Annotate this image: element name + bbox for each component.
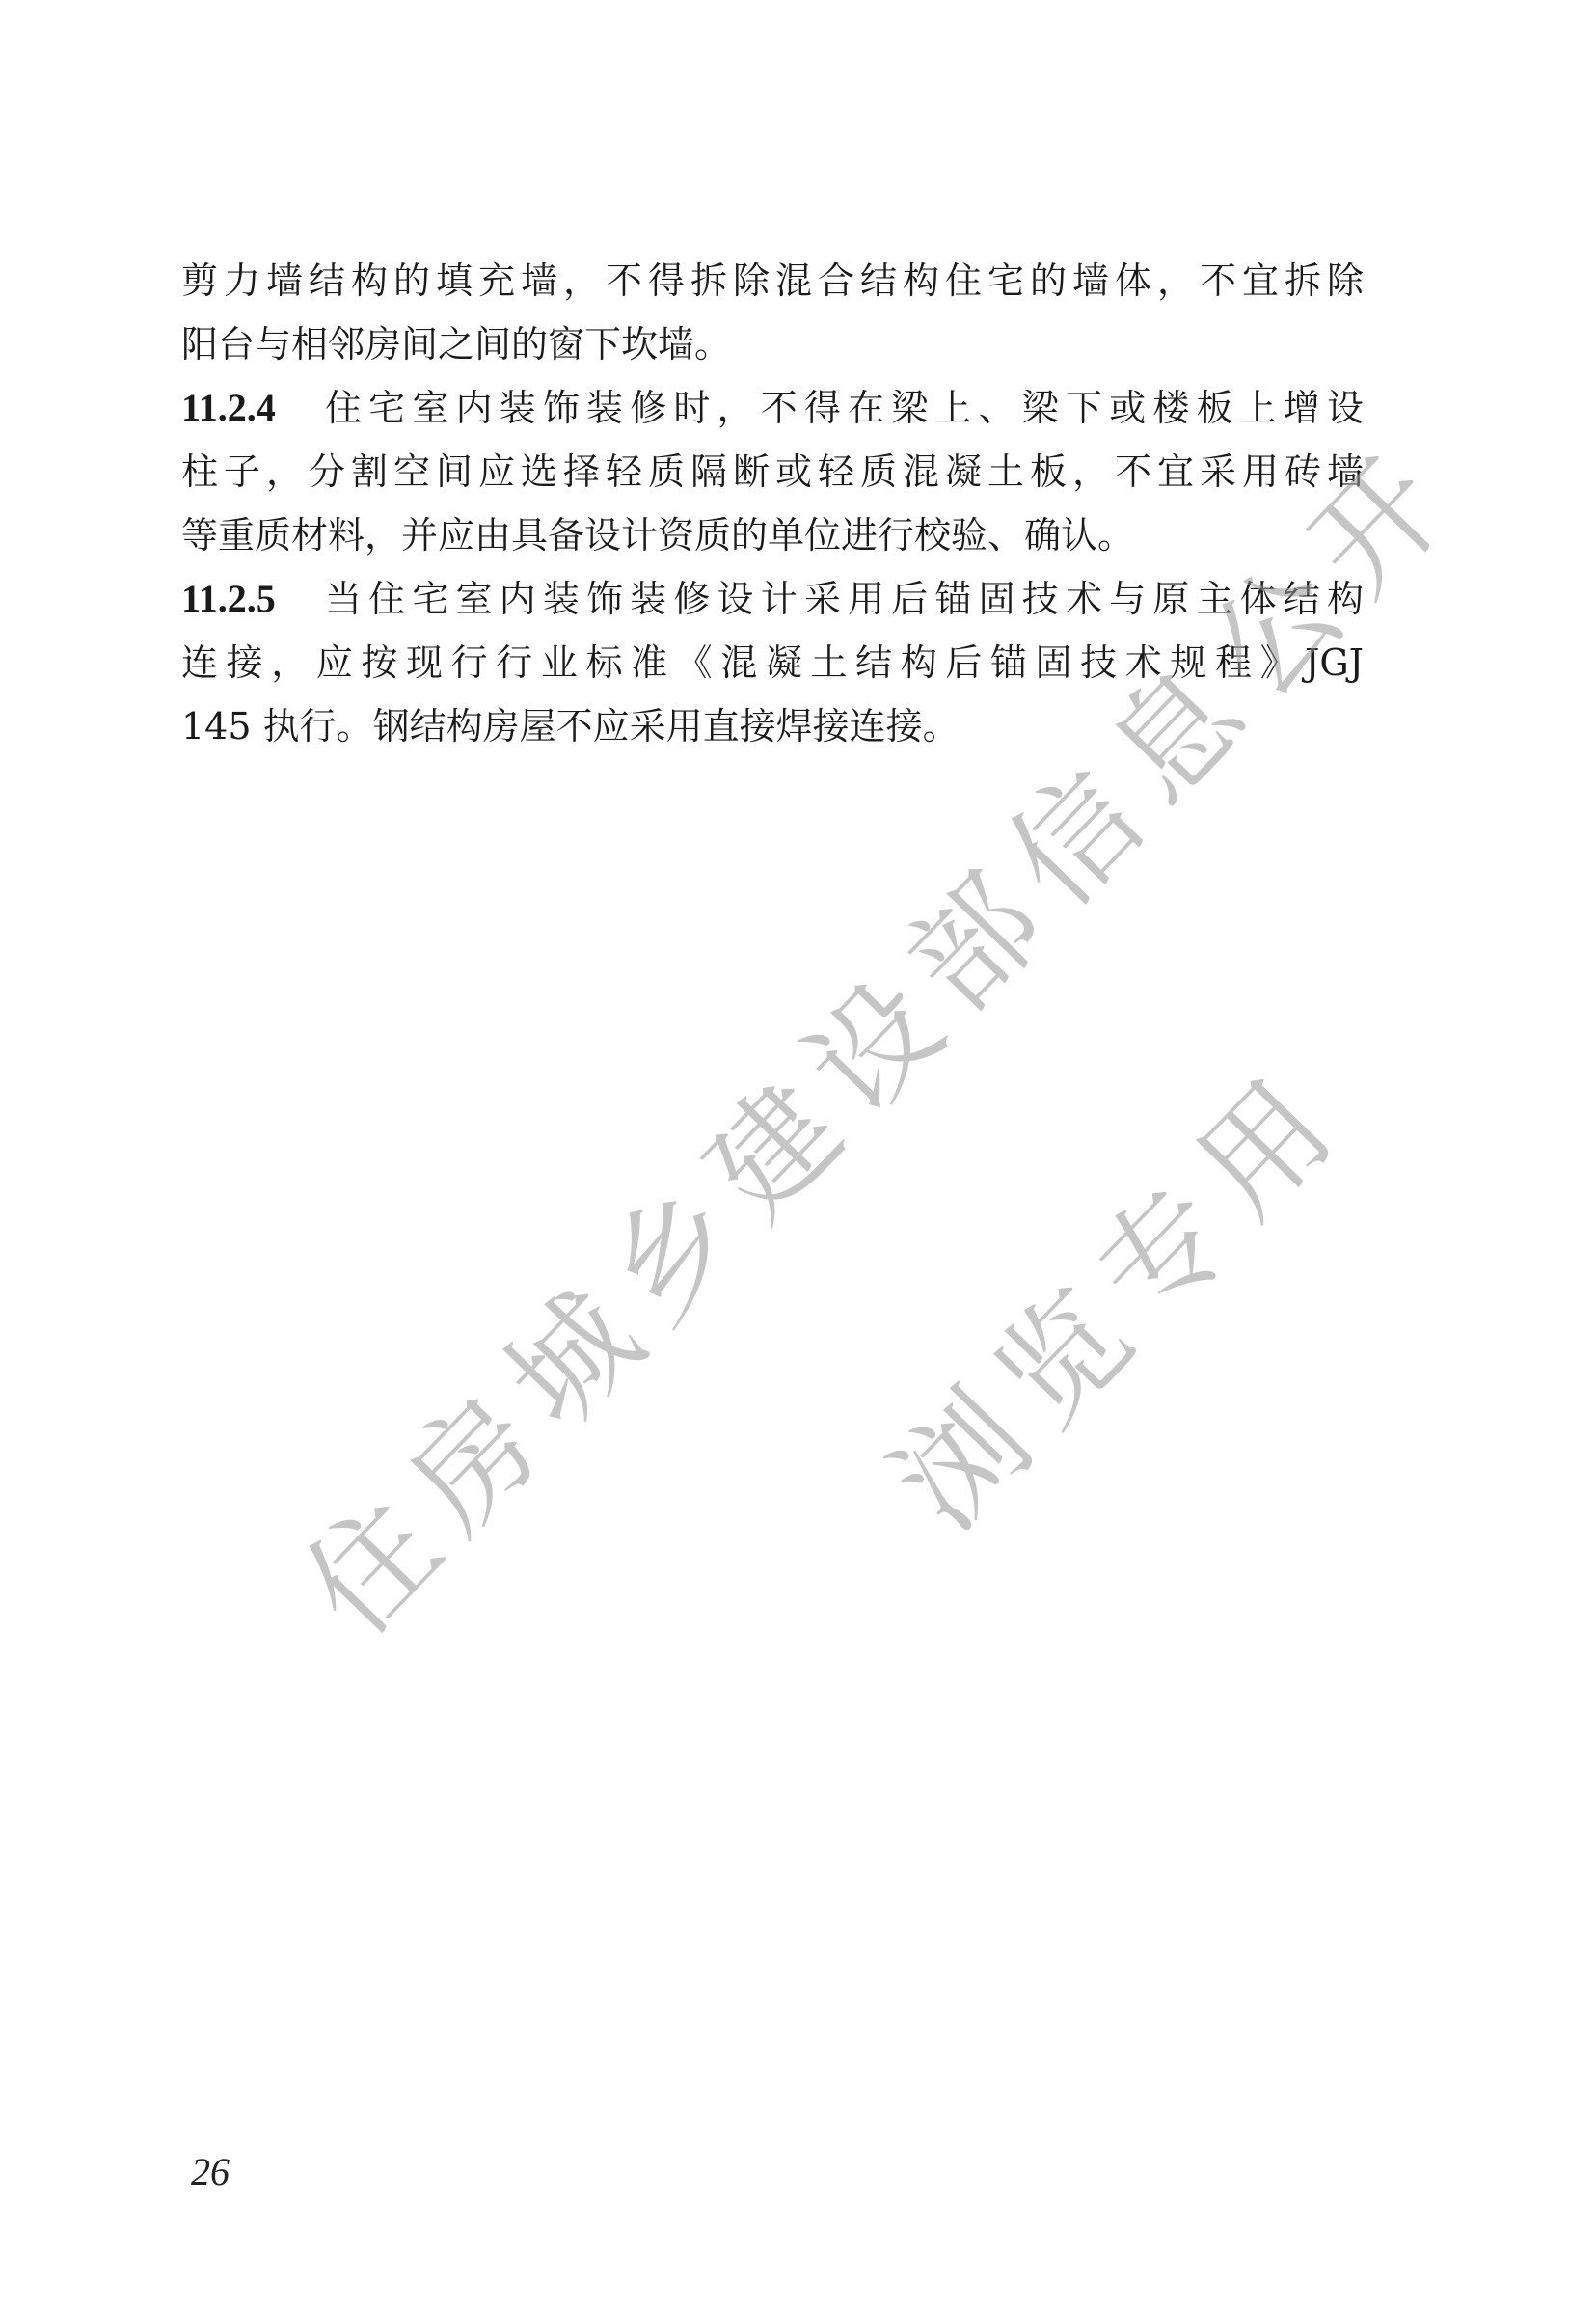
text-line: 阳台与相邻房间之间的窗下坎墙。 <box>181 313 1364 376</box>
clause-number: 11.2.4 <box>181 386 276 429</box>
page-number: 26 <box>191 2149 230 2194</box>
watermark-line-2: 浏览专用 <box>849 1020 1378 1560</box>
text-line: 剪力墙结构的填充墙，不得拆除混合结构住宅的墙体，不宜拆除 <box>181 249 1364 313</box>
clause-number: 11.2.5 <box>181 577 276 620</box>
text-line: 连接，应按现行行业标准《混凝土结构后锚固技术规程》JGJ <box>181 631 1364 694</box>
clause-text: 住宅室内装饰装修时，不得在梁上、梁下或楼板上增设 <box>318 387 1364 429</box>
clause-11-2-4-line-1: 11.2.4住宅室内装饰装修时，不得在梁上、梁下或楼板上增设 <box>181 376 1364 440</box>
clause-11-2-5-line-1: 11.2.5当住宅室内装饰装修设计采用后锚固技术与原主体结构 <box>181 567 1364 631</box>
clause-text: 当住宅室内装饰装修设计采用后锚固技术与原主体结构 <box>318 578 1364 620</box>
document-page: 剪力墙结构的填充墙，不得拆除混合结构住宅的墙体，不宜拆除 阳台与相邻房间之间的窗… <box>0 0 1596 2311</box>
text-line: 等重质材料，并应由具备设计资质的单位进行校验、确认。 <box>181 503 1364 567</box>
text-line: 145 执行。钢结构房屋不应采用直接焊接连接。 <box>181 694 1364 758</box>
text-line: 柱子，分割空间应选择轻质隔断或轻质混凝土板，不宜采用砖墙 <box>181 440 1364 503</box>
body-text: 剪力墙结构的填充墙，不得拆除混合结构住宅的墙体，不宜拆除 阳台与相邻房间之间的窗… <box>181 249 1364 758</box>
